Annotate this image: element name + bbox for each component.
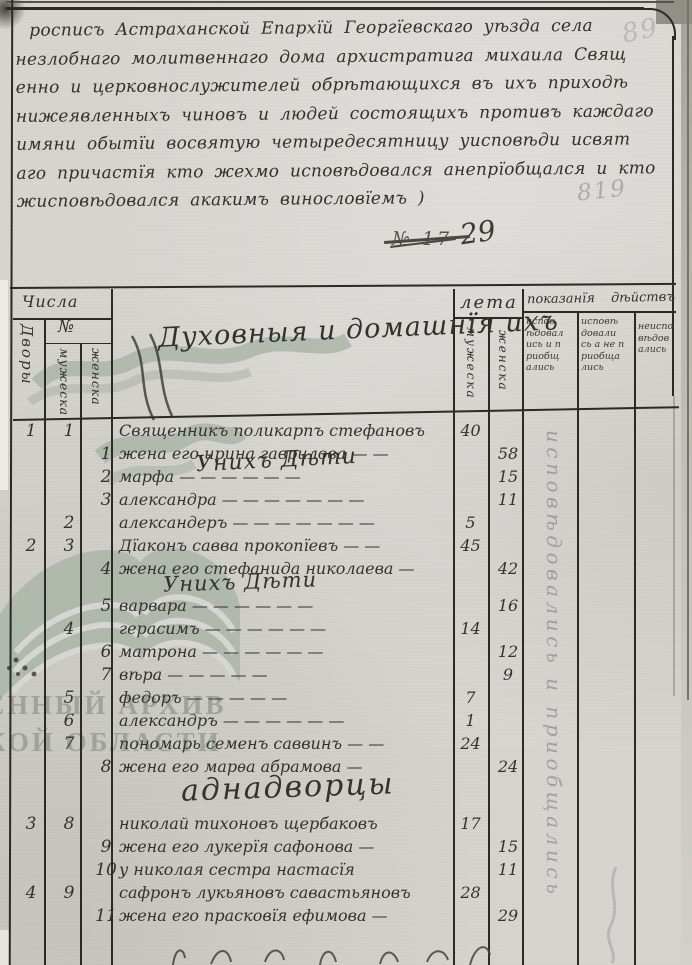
no-male-header: мужеска (57, 348, 72, 416)
female-entry-number: 1 (91, 443, 121, 465)
male-age: 24 (454, 733, 487, 755)
table-row: 4 герасимъ — — — — — — 14 (13, 618, 676, 641)
household-number: 2 (15, 535, 47, 557)
female-entry-number: 8 (91, 756, 121, 778)
no-female-header: женска (89, 348, 104, 406)
pokazaniya-header: показанїя дѣйствъ (527, 290, 675, 308)
no-header: № (58, 317, 74, 337)
table-row: 6 матрона — — — — — — 12 (13, 641, 676, 664)
folio-number-new: 29 (458, 214, 498, 252)
female-entry-number: 11 (91, 905, 121, 927)
person-entry-text: александръ — — — — — — (119, 710, 344, 732)
person-entry-text: вѣра — — — — — (119, 664, 268, 686)
person-entry-text: Унихъ Дѣти (163, 568, 318, 595)
no-bottom-rule (45, 343, 111, 344)
table-row: 2 3 Дїаконъ савва прокопїевъ — — 45 (13, 535, 676, 558)
female-age: 11 (491, 489, 525, 511)
female-age: 15 (491, 466, 525, 488)
female-entry-number: 10 (91, 859, 121, 881)
frame-top-thin (6, 1, 674, 3)
female-age: 24 (491, 756, 525, 778)
male-age: 17 (454, 813, 487, 835)
male-entry-number: 2 (49, 512, 89, 534)
person-entry-text: александра — — — — — — — (119, 489, 364, 511)
table-row: 6 александръ — — — — — — 1 (13, 710, 676, 733)
female-age: 15 (491, 836, 525, 858)
household-number: 1 (15, 420, 47, 442)
male-age: 7 (454, 687, 487, 709)
table-row: 7 вѣра — — — — — 9 (13, 664, 676, 687)
table-row: 2 александеръ — — — — — — — 5 (13, 512, 676, 535)
table-row: Унихъ Дѣти (13, 581, 676, 595)
female-age: 11 (491, 859, 525, 881)
male-entry-number: 7 (49, 733, 89, 755)
person-entry-text: жена его лукерїя сафонова — (119, 836, 374, 858)
person-entry-text: матрона — — — — — — (119, 641, 323, 663)
table-row: 5 варвара — — — — — — 16 (13, 595, 676, 618)
dvory-header: Дворы (18, 324, 36, 386)
female-age: 42 (491, 558, 525, 580)
left-paper-edge (0, 280, 8, 490)
male-entry-number: 3 (49, 535, 89, 557)
table-row: 1 1 Священникъ поликарпъ стефановъ 40 (13, 420, 676, 443)
person-entry-text: николай тихоновъ щербаковъ (119, 813, 378, 835)
female-age: 9 (491, 664, 525, 686)
person-entry-text: пономарь семенъ саввинъ — — (119, 733, 384, 755)
household-number: 3 (15, 813, 47, 835)
leta-header: лета (460, 292, 518, 313)
male-entry-number: 8 (49, 813, 89, 835)
person-entry-text: герасимъ — — — — — — (119, 618, 326, 640)
table-row: 3 8 николай тихоновъ щербаковъ 17 (13, 813, 676, 836)
table-row: 5 федоръ — — — — — 7 (13, 687, 676, 710)
register-rows: 1 1 Священникъ поликарпъ стефановъ 40 1 … (13, 420, 676, 928)
person-entry-text: жена его прасковїя ефимова — (119, 905, 388, 927)
female-age: 16 (491, 595, 525, 617)
col-confessed-communed-header: испов ѣдовал ись и п риобщ ались (526, 316, 576, 374)
leta-male-header: мужеска (464, 327, 478, 400)
pencil-margin-number: 819 (576, 175, 628, 206)
female-entry-number: 4 (91, 558, 121, 580)
cutoff-text-strokes (165, 940, 495, 965)
female-entry-number: 6 (91, 641, 121, 663)
female-entry-number: 9 (91, 836, 121, 858)
female-entry-number: 2 (91, 466, 121, 488)
female-entry-number: 3 (91, 489, 121, 511)
female-age: 58 (491, 443, 525, 465)
table-row: 3 александра — — — — — — — 11 (13, 489, 676, 512)
page-edge-line (687, 0, 689, 700)
table-row: 4 жена его стефанида николаева — 42 (13, 558, 676, 581)
male-entry-number: 9 (49, 882, 89, 904)
male-entry-number: 1 (49, 420, 89, 442)
table-row: аднадворцы (13, 779, 676, 813)
person-entry-text: варвара — — — — — — (119, 595, 313, 617)
col-not-confessed-header: неиспо вѣдов ались (638, 321, 678, 356)
male-age: 28 (454, 882, 487, 904)
col-confessed-not-communed-header: исповѣ довали сь а не п риобща лись (581, 316, 633, 374)
person-entry-text: федоръ — — — — — (119, 687, 287, 709)
scanned-register-page: ЕННЫЙ АРХИВ КОЙ ОБЛАСТИ росписъ Астрахан… (0, 0, 692, 965)
person-entry-text: Дїаконъ савва прокопїевъ — — (119, 535, 380, 557)
female-age: 29 (491, 905, 525, 927)
chisla-header: Числа (22, 292, 78, 311)
table-row: 10 у николая сестра настасїя 11 (13, 859, 676, 882)
table-row: 4 9 сафронъ лукьяновъ савастьяновъ 28 (13, 882, 676, 905)
male-age: 5 (454, 512, 487, 534)
leta-female-header: женска (496, 330, 510, 392)
table-row: 9 жена его лукерїя сафонова — 15 (13, 836, 676, 859)
table-row: 11 жена его прасковїя ефимова — 29 (13, 905, 676, 928)
person-entry-text: Священникъ поликарпъ стефановъ (119, 420, 425, 442)
household-number: 4 (15, 882, 47, 904)
person-entry-text: аднадворцы (181, 773, 395, 802)
table-top-rule (10, 283, 676, 289)
female-entry-number: 7 (91, 664, 121, 686)
male-entry-number: 5 (49, 687, 89, 709)
frame-top (6, 7, 644, 10)
person-entry-text: у николая сестра настасїя (119, 859, 355, 881)
person-entry-text: александеръ — — — — — — — (119, 512, 375, 534)
male-entry-number: 4 (49, 618, 89, 640)
person-entry-text: сафронъ лукьяновъ савастьяновъ (119, 882, 411, 904)
male-age: 1 (454, 710, 487, 732)
male-entry-number: 6 (49, 710, 89, 732)
table-row: 7 пономарь семенъ саввинъ — — 24 (13, 733, 676, 756)
female-entry-number: 5 (91, 595, 121, 617)
female-age: 12 (491, 641, 525, 663)
male-age: 40 (454, 420, 487, 442)
male-age: 45 (454, 535, 487, 557)
male-age: 14 (454, 618, 487, 640)
